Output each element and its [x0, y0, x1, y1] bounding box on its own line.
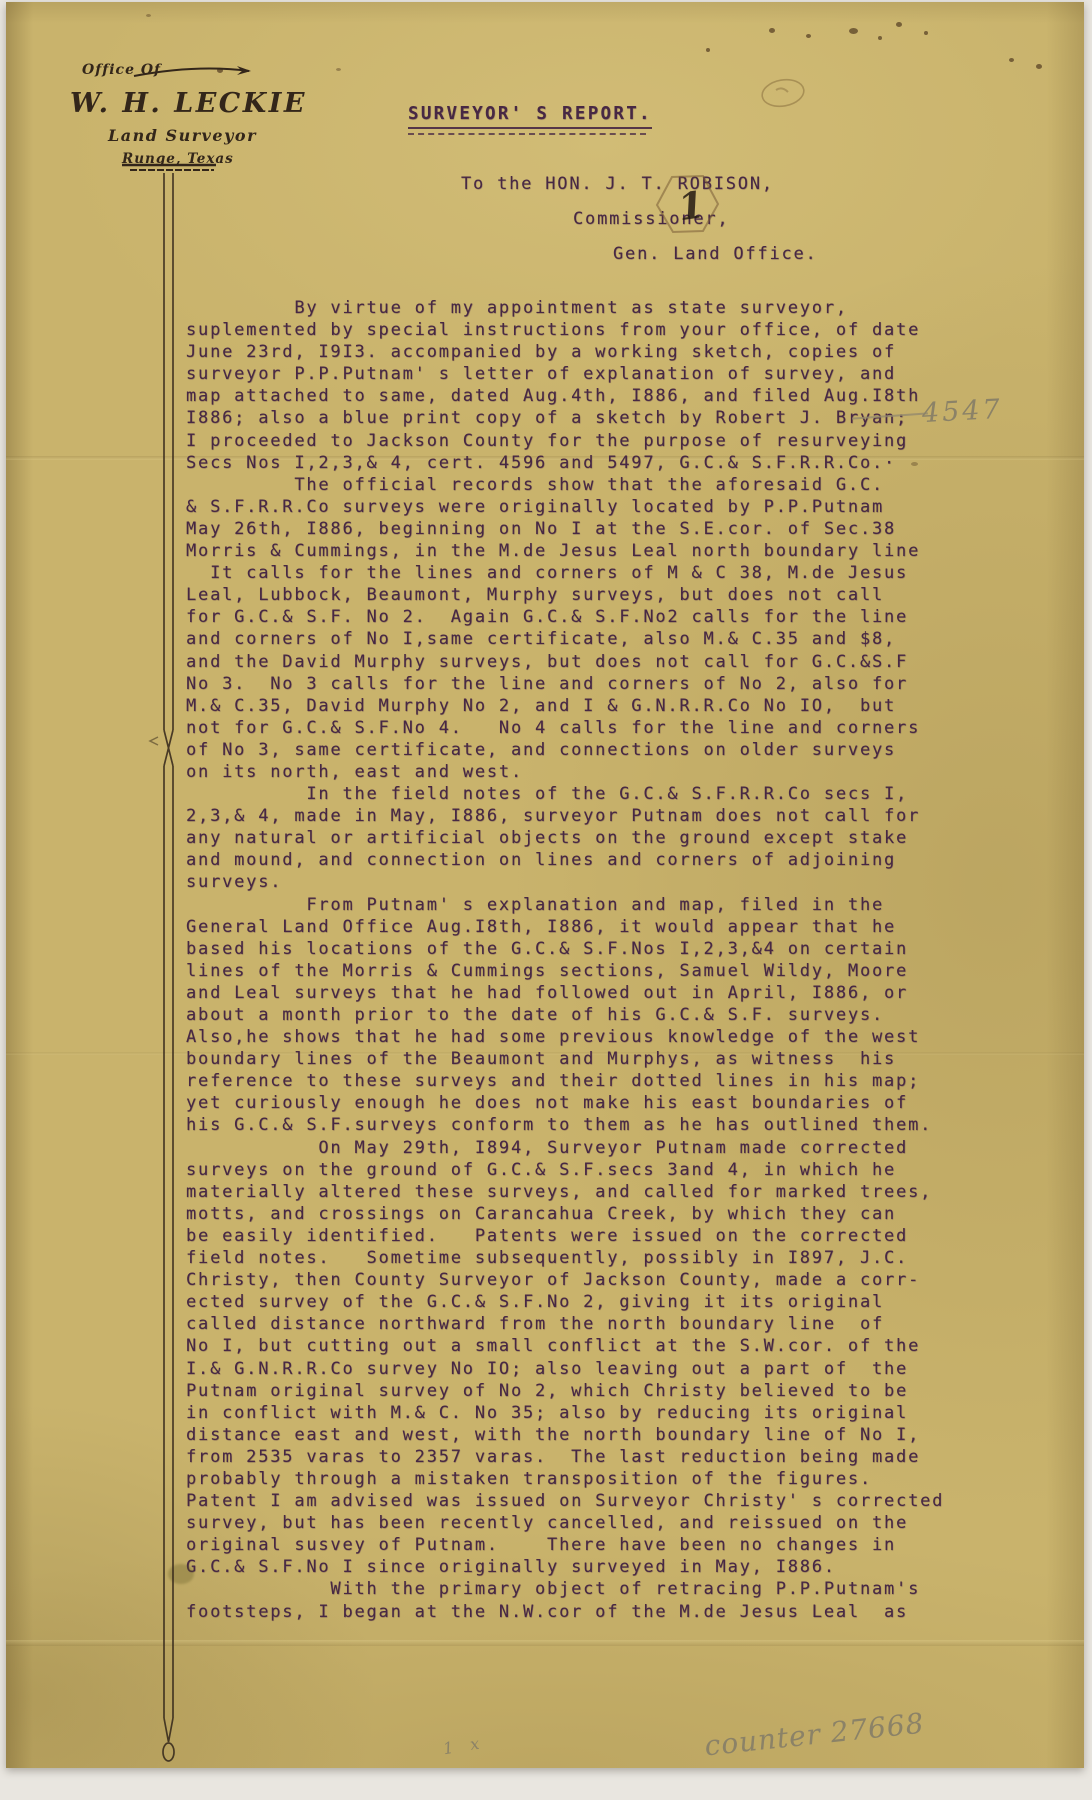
body-line: footsteps, I began at the N.W.cor of the…	[186, 1601, 944, 1623]
body-line: yet curiously enough he does not make hi…	[186, 1092, 944, 1114]
margin-arrow-mark	[150, 737, 158, 745]
body-line: No I, but cutting out a small conflict a…	[186, 1335, 944, 1357]
body-line: suplemented by special instructions from…	[186, 319, 944, 341]
body-line: any natural or artificial objects on the…	[186, 827, 944, 849]
body-line: reference to these surveys and their dot…	[186, 1070, 944, 1092]
body-line: By virtue of my appointment as state sur…	[186, 297, 944, 319]
flourish-tip	[237, 66, 251, 75]
faint-round-stamp	[760, 77, 806, 110]
stain	[1036, 64, 1042, 69]
body-line: of No 3, same certificate, and connectio…	[186, 739, 944, 761]
body-line: In the field notes of the G.C.& S.F.R.R.…	[186, 783, 944, 805]
title-underline	[408, 133, 646, 135]
body-line: materially altered these surveys, and ca…	[186, 1181, 944, 1203]
body-line: Putnam original survey of No 2, which Ch…	[186, 1380, 944, 1402]
body-line: surveys.	[186, 871, 944, 893]
body-line: The official records show that the afore…	[186, 474, 944, 496]
body-line: field notes. Sometime subsequently, poss…	[186, 1247, 944, 1269]
body-line: motts, and crossings on Carancahua Creek…	[186, 1203, 944, 1225]
body-line: called distance northward from the north…	[186, 1313, 944, 1335]
addressee-line: Gen. Land Office.	[613, 244, 818, 264]
body-line: and corners of No I,same certificate, al…	[186, 628, 944, 650]
paper: Office Of W. H. LECKIE Land Surveyor Run…	[6, 2, 1084, 1768]
body-line: survey, but has been recently cancelled,…	[186, 1512, 944, 1534]
body-line: be easily identified. Patents were issue…	[186, 1225, 944, 1247]
body-line: 2,3,& 4, made in May, I886, surveyor Put…	[186, 805, 944, 827]
body-line: M.& C.35, David Murphy No 2, and I & G.N…	[186, 695, 944, 717]
letterhead-title: Land Surveyor	[108, 126, 257, 145]
report-body: By virtue of my appointment as state sur…	[186, 297, 944, 1623]
body-line: On May 29th, I894, Surveyor Putnam made …	[186, 1137, 944, 1159]
body-line: Leal, Lubbock, Beaumont, Murphy surveys,…	[186, 584, 944, 606]
body-line: his G.C.& S.F.surveys conform to them as…	[186, 1114, 944, 1136]
body-line: on its north, east and west.	[186, 761, 944, 783]
body-line: map attached to same, dated Aug.4th, I88…	[186, 385, 944, 407]
body-line: I.& G.N.R.R.Co survey No IO; also leavin…	[186, 1358, 944, 1380]
body-line: about a month prior to the date of his G…	[186, 1004, 944, 1026]
body-line: I proceeded to Jackson County for the pu…	[186, 430, 944, 452]
stain	[769, 28, 775, 33]
stain	[924, 31, 928, 35]
body-line: and the David Murphy surveys, but does n…	[186, 651, 944, 673]
counter-annotation: counter 27668	[703, 1707, 926, 1763]
stain	[706, 48, 710, 52]
report-title: SURVEYOR' S REPORT.	[408, 104, 652, 129]
body-line: not for G.C.& S.F.No 4. No 4 calls for t…	[186, 717, 944, 739]
vertical-ornament-line	[163, 173, 174, 1761]
letterhead-location: Runge, Texas	[122, 151, 234, 167]
body-line: ected survey of the G.C.& S.F.No 2, givi…	[186, 1291, 944, 1313]
body-line: Also,he shows that he had some previous …	[186, 1026, 944, 1048]
body-line: surveys on the ground of G.C.& S.F.secs …	[186, 1159, 944, 1181]
body-line: from 2535 varas to 2357 varas. The last …	[186, 1446, 944, 1468]
body-line: probably through a mistaken transpositio…	[186, 1468, 944, 1490]
body-line: in conflict with M.& C. No 35; also by r…	[186, 1402, 944, 1424]
stain	[336, 68, 341, 71]
stain	[849, 28, 858, 34]
file-number-annotation: 4547	[921, 394, 1003, 429]
stain	[896, 22, 902, 27]
stain	[878, 36, 882, 40]
body-line: & S.F.R.R.Co surveys were originally loc…	[186, 496, 944, 518]
body-line: lines of the Morris & Cummings sections,…	[186, 960, 944, 982]
addressee-line: Commissioner,	[573, 209, 729, 229]
body-line: Patent I am advised was issued on Survey…	[186, 1490, 944, 1512]
body-line: surveyor P.P.Putnam' s letter of explana…	[186, 363, 944, 385]
body-line: and mound, and connection on lines and c…	[186, 849, 944, 871]
body-line: From Putnam' s explanation and map, file…	[186, 894, 944, 916]
addressee-line: To the HON. J. T. ROBISON,	[461, 174, 774, 194]
letterhead-name: W. H. LECKIE	[70, 88, 307, 119]
body-line: based his locations of the G.C.& S.F.Nos…	[186, 938, 944, 960]
document-scan: Office Of W. H. LECKIE Land Surveyor Run…	[0, 0, 1092, 1800]
body-line: I886; also a blue print copy of a sketch…	[186, 407, 944, 429]
stain	[217, 68, 223, 73]
body-line: and Leal surveys that he had followed ou…	[186, 982, 944, 1004]
body-line: General Land Office Aug.I8th, I886, it w…	[186, 916, 944, 938]
check-mark-annotation: 1 x	[442, 1733, 487, 1758]
fold-crease	[6, 1640, 1084, 1646]
body-line: G.C.& S.F.No I since originally surveyed…	[186, 1556, 944, 1578]
body-line: May 26th, I886, beginning on No I at the…	[186, 518, 944, 540]
letterhead-office-of: Office Of	[82, 62, 161, 78]
body-line: distance east and west, with the north b…	[186, 1424, 944, 1446]
body-line: Morris & Cummings, in the M.de Jesus Lea…	[186, 540, 944, 562]
body-line: for G.C.& S.F. No 2. Again G.C.& S.F.No2…	[186, 606, 944, 628]
body-line: boundary lines of the Beaumont and Murph…	[186, 1048, 944, 1070]
body-line: Christy, then County Surveyor of Jackson…	[186, 1269, 944, 1291]
body-line: June 23rd, I9I3. accompanied by a workin…	[186, 341, 944, 363]
body-line: No 3. No 3 calls for the line and corner…	[186, 673, 944, 695]
stain	[146, 14, 151, 17]
stain	[1009, 58, 1014, 62]
stain	[806, 34, 811, 38]
body-line: original susvey of Putnam. There have be…	[186, 1534, 944, 1556]
faint-stamp-mark	[776, 88, 788, 92]
body-line: With the primary object of retracing P.P…	[186, 1578, 944, 1600]
body-line: Secs Nos I,2,3,& 4, cert. 4596 and 5497,…	[186, 452, 944, 474]
body-line: It calls for the lines and corners of M …	[186, 562, 944, 584]
